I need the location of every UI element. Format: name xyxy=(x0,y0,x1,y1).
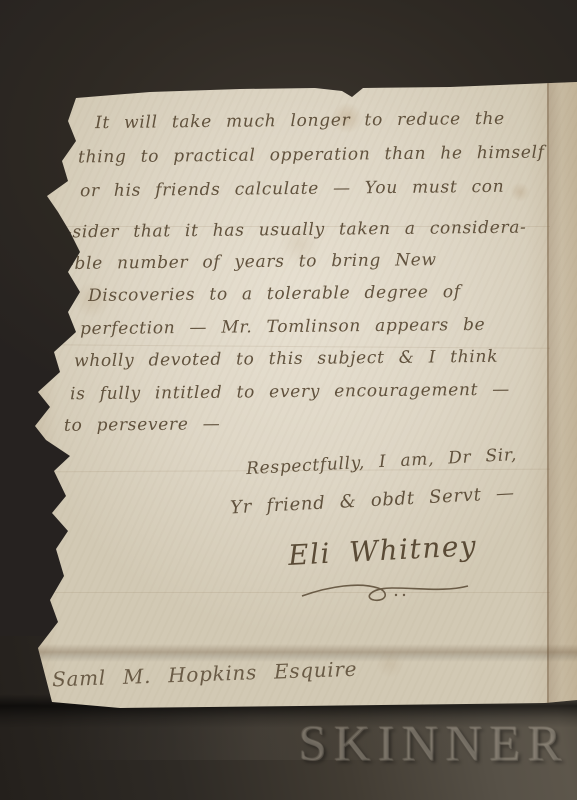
signature-flourish xyxy=(300,578,470,604)
letter-line: to persevere — xyxy=(64,414,221,436)
letter-line: -ble number of years to bring New xyxy=(68,250,437,274)
crease-line xyxy=(40,592,550,593)
photograph-of-letter: SKINNER It will take much longer to redu… xyxy=(0,0,577,800)
letter-line: Discoveries to a tolerable degree of xyxy=(88,282,461,306)
letter-sheet: It will take much longer to reduce the t… xyxy=(0,0,577,800)
letter-line: perfection — Mr. Tomlinson appears be xyxy=(80,315,486,339)
right-leaf-fold xyxy=(549,82,577,704)
